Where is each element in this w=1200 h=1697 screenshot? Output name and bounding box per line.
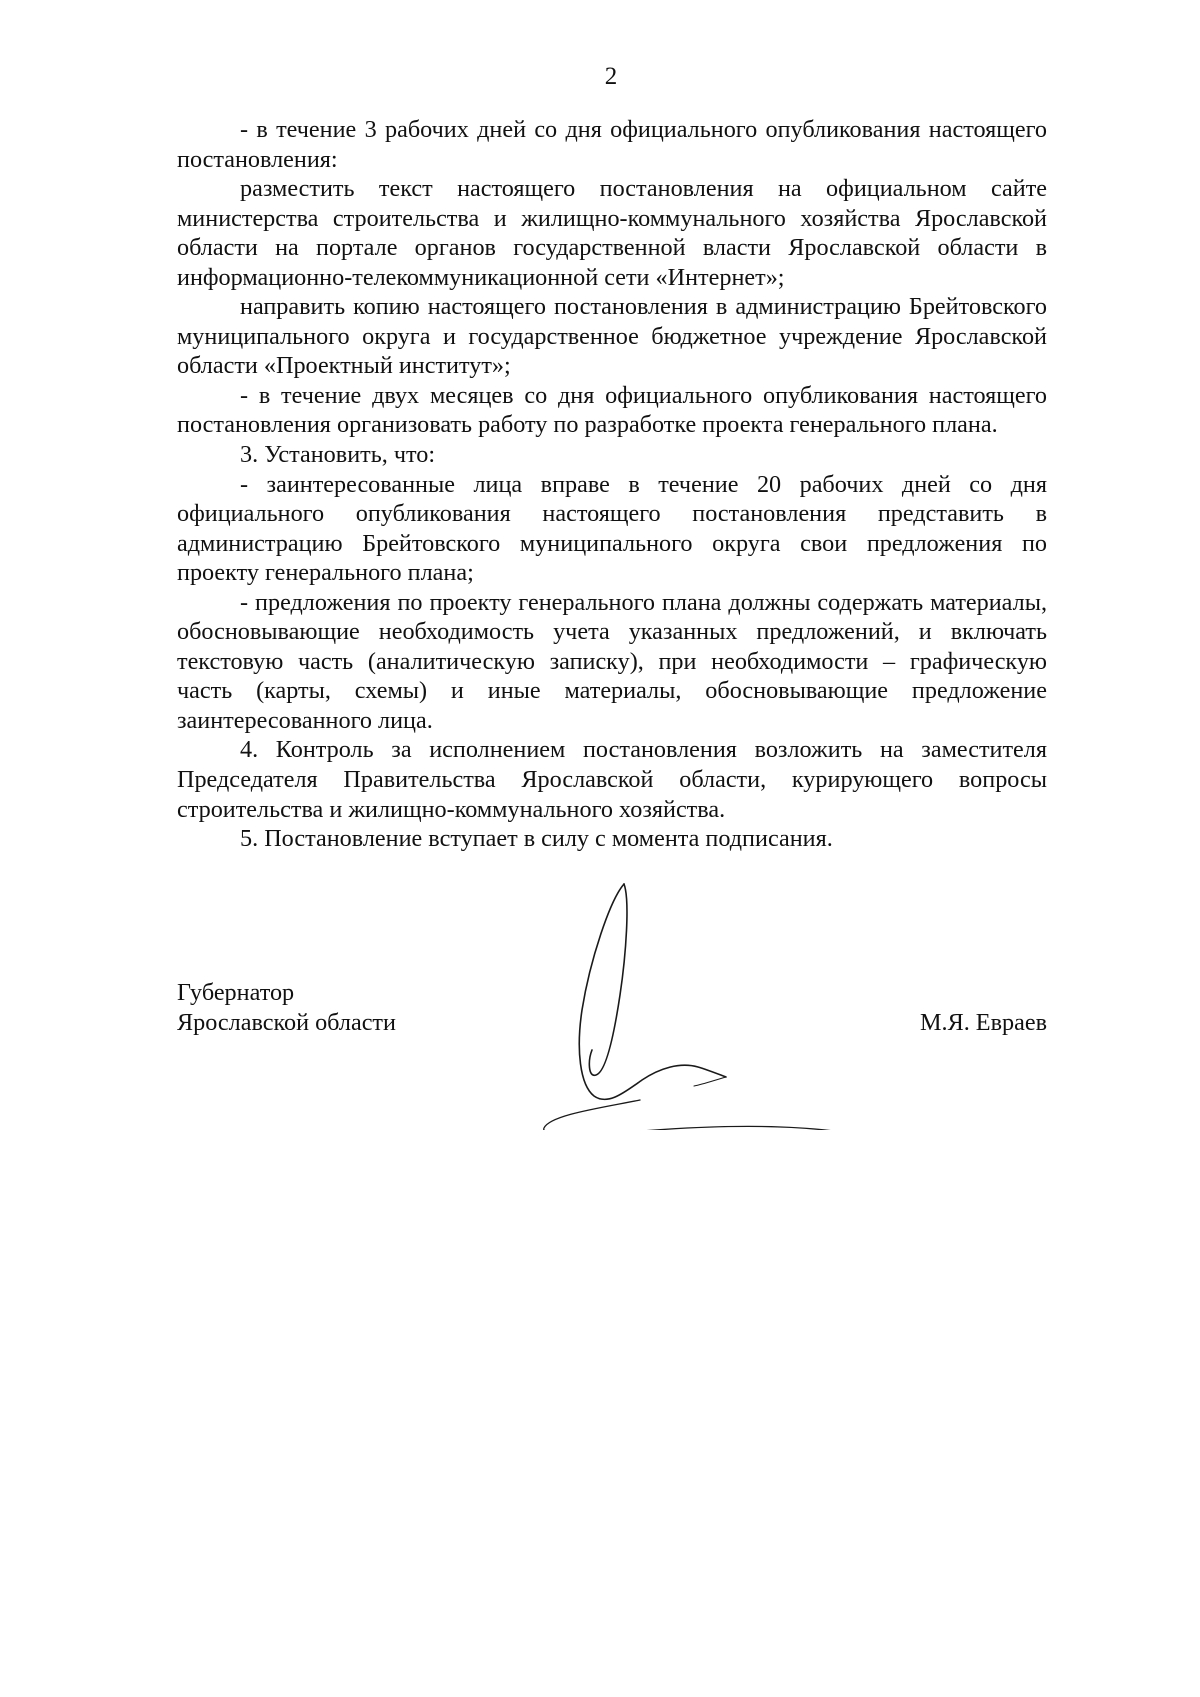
paragraph-item-5-effective: 5. Постановление вступает в силу с момен… — [177, 824, 1047, 854]
paragraph-send-copy: направить копию настоящего постановления… — [177, 292, 1047, 381]
page-number: 2 — [0, 62, 1200, 92]
paragraph-item-4-control: 4. Контроль за исполнением постановления… — [177, 735, 1047, 824]
paragraph-item-3: 3. Установить, что: — [177, 440, 1047, 470]
signatory-name: М.Я. Евраев — [920, 1008, 1047, 1038]
document-body: - в течение 3 рабочих дней со дня официа… — [177, 115, 1047, 854]
signature-block: Губернатор Ярославской области М.Я. Евра… — [177, 978, 1047, 1108]
paragraph-publication-3-days: - в течение 3 рабочих дней со дня официа… — [177, 115, 1047, 174]
paragraph-proposals-content: - предложения по проекту генерального пл… — [177, 588, 1047, 736]
signatory-position-line-2: Ярославской области — [177, 1008, 396, 1038]
paragraph-interested-parties: - заинтересованные лица вправе в течение… — [177, 470, 1047, 588]
signatory-position-line-1: Губернатор — [177, 978, 396, 1008]
paragraph-two-months: - в течение двух месяцев со дня официаль… — [177, 381, 1047, 440]
document-page: 2 - в течение 3 рабочих дней со дня офиц… — [0, 0, 1200, 1697]
signatory-position: Губернатор Ярославской области — [177, 978, 396, 1037]
paragraph-post-on-website: разместить текст настоящего постановлени… — [177, 174, 1047, 292]
